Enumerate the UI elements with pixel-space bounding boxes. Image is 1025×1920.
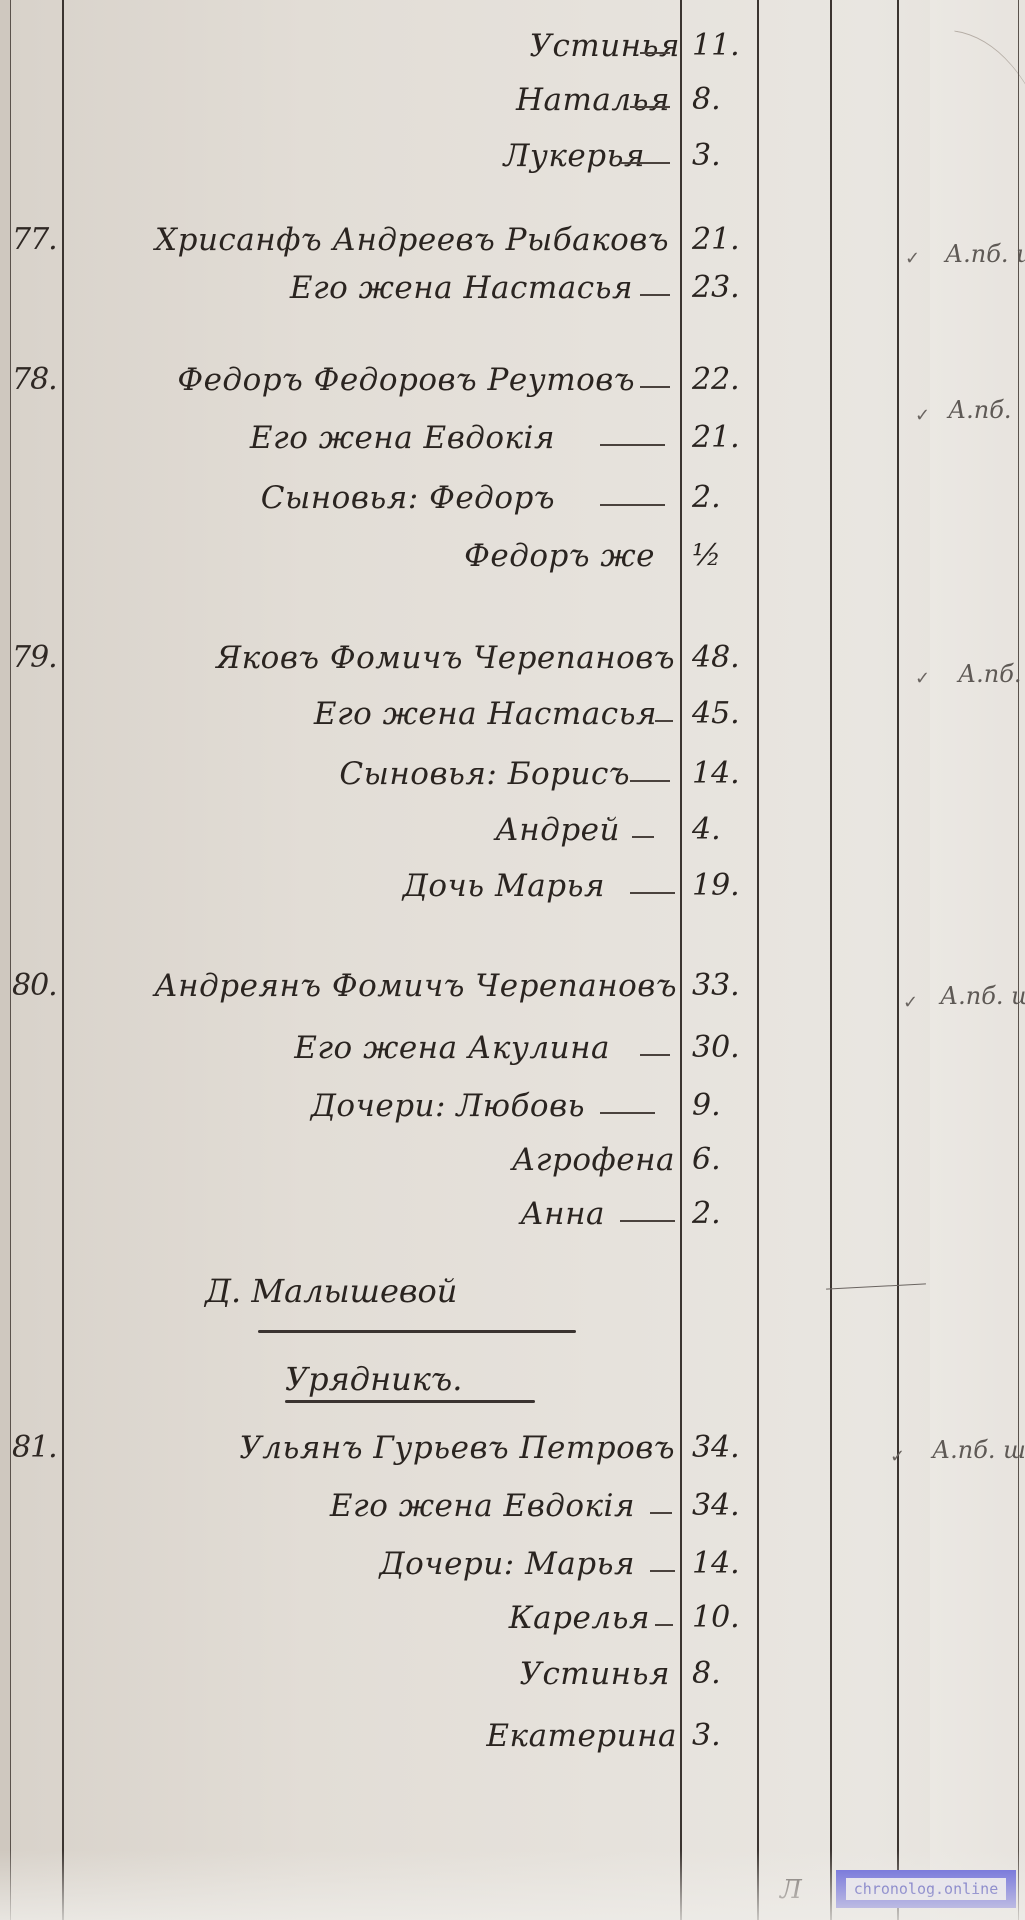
- entry-row: Его жена Акулина 30.: [0, 1030, 1025, 1074]
- person-name: Лукерья: [504, 138, 645, 174]
- person-age: 19.: [692, 868, 740, 903]
- person-age: 45.: [692, 696, 740, 731]
- margin-annotation: А.пб. ш: [932, 1436, 1025, 1464]
- person-age: 34.: [692, 1430, 740, 1465]
- entry-row: 78. Федоръ Федоровъ Реутовъ 22.: [0, 362, 1025, 406]
- person-name: Сыновья: Федоръ: [261, 480, 555, 516]
- person-name: Дочери: Любовь: [311, 1088, 585, 1124]
- entry-row: Его жена Настасья 45.: [0, 696, 1025, 740]
- person-name: Агрофена: [512, 1142, 675, 1178]
- person-name: Анна: [520, 1196, 605, 1232]
- entry-row: 79. Яковъ Фомичъ Черепановъ 48.: [0, 640, 1025, 684]
- entry-row: Его жена Настасья 23.: [0, 270, 1025, 314]
- entry-number: 80.: [12, 968, 57, 1003]
- page-corner-mark: Л: [780, 1875, 802, 1905]
- margin-annotation: А.пб. ш: [940, 982, 1025, 1010]
- entry-number: 78.: [12, 362, 57, 397]
- checkmark-icon: ✓: [903, 992, 918, 1013]
- person-name: Андреянъ Фомичъ Черепановъ: [154, 968, 677, 1004]
- person-age: 4.: [692, 812, 721, 847]
- category-heading: Урядникъ.: [285, 1360, 462, 1398]
- person-name: Устинья: [530, 28, 680, 64]
- person-age: 2.: [692, 480, 721, 515]
- entry-row: Андрей 4.: [0, 812, 1025, 856]
- person-name: Наталья: [516, 82, 670, 118]
- person-age: 30.: [692, 1030, 740, 1065]
- heading-underline: [285, 1400, 535, 1403]
- person-age: 8.: [692, 82, 721, 117]
- person-age: 14.: [692, 756, 740, 791]
- person-age: 48.: [692, 640, 740, 675]
- margin-annotation: А.пб.: [948, 396, 1012, 424]
- entry-row: Устинья 8.: [0, 1656, 1025, 1700]
- person-name: Дочь Марья: [403, 868, 605, 904]
- heading-underline: [258, 1330, 576, 1333]
- person-age: 34.: [692, 1488, 740, 1523]
- entry-row: Его жена Евдокія 21.: [0, 420, 1025, 464]
- person-age: 21.: [692, 420, 740, 455]
- entry-row: Наталья 8.: [0, 82, 1025, 126]
- person-name: Сыновья: Борисъ: [339, 756, 630, 792]
- person-name: Его жена Евдокія: [250, 420, 555, 456]
- person-age: 6.: [692, 1142, 721, 1177]
- person-name: Хрисанфъ Андреевъ Рыбаковъ: [155, 222, 669, 258]
- checkmark-icon: ✓: [915, 405, 930, 426]
- entry-row: Екатерина 3.: [0, 1718, 1025, 1762]
- person-name: Его жена Евдокія: [330, 1488, 635, 1524]
- person-age: ½: [692, 538, 721, 573]
- village-heading: Д. Малышевой: [205, 1272, 457, 1310]
- entry-row: Дочери: Марья 14.: [0, 1546, 1025, 1590]
- person-age: 10.: [692, 1600, 740, 1635]
- entry-row: Федоръ же ½: [0, 538, 1025, 582]
- person-age: 2.: [692, 1196, 721, 1231]
- person-name: Федоръ же: [464, 538, 655, 574]
- entry-row: Его жена Евдокія 34.: [0, 1488, 1025, 1532]
- person-age: 21.: [692, 222, 740, 257]
- person-name: Яковъ Фомичъ Черепановъ: [216, 640, 675, 676]
- pencil-stroke: [826, 1283, 926, 1289]
- entry-row: Устинья 11.: [0, 28, 1025, 72]
- checkmark-icon: ✓: [905, 248, 920, 269]
- entry-number: 79.: [12, 640, 57, 675]
- watermark-text: chronolog.online: [846, 1878, 1007, 1900]
- person-age: 33.: [692, 968, 740, 1003]
- person-name: Федоръ Федоровъ Реутовъ: [177, 362, 635, 398]
- watermark-badge: chronolog.online: [836, 1870, 1016, 1908]
- entry-row: 77. Хрисанфъ Андреевъ Рыбаковъ 21.: [0, 222, 1025, 266]
- person-age: 14.: [692, 1546, 740, 1581]
- person-age: 23.: [692, 270, 740, 305]
- person-name: Его жена Акулина: [294, 1030, 610, 1066]
- entry-row: Карелья 10.: [0, 1600, 1025, 1644]
- entry-number: 81.: [12, 1430, 57, 1465]
- person-age: 11.: [692, 28, 740, 63]
- entry-row: Сыновья: Борисъ 14.: [0, 756, 1025, 800]
- person-name: Дочери: Марья: [379, 1546, 635, 1582]
- entry-row: Лукерья 3.: [0, 138, 1025, 182]
- person-age: 8.: [692, 1656, 721, 1691]
- person-name: Ульянъ Гурьевъ Петровъ: [239, 1430, 675, 1466]
- entry-row: Дочь Марья 19.: [0, 868, 1025, 912]
- entry-row: Сыновья: Федоръ 2.: [0, 480, 1025, 524]
- margin-annotation: А.пб.: [958, 660, 1022, 688]
- person-name: Екатерина: [486, 1718, 677, 1754]
- checkmark-icon: ✓: [890, 1446, 905, 1467]
- person-age: 9.: [692, 1088, 721, 1123]
- entry-row: 80. Андреянъ Фомичъ Черепановъ 33.: [0, 968, 1025, 1012]
- person-name: Карелья: [509, 1600, 650, 1636]
- person-age: 22.: [692, 362, 740, 397]
- person-name: Устинья: [520, 1656, 670, 1692]
- entry-row: Анна 2.: [0, 1196, 1025, 1240]
- entry-row: 81. Ульянъ Гурьевъ Петровъ 34.: [0, 1430, 1025, 1474]
- person-name: Его жена Настасья: [290, 270, 633, 306]
- entry-number: 77.: [12, 222, 57, 257]
- entry-row: Агрофена 6.: [0, 1142, 1025, 1186]
- person-age: 3.: [692, 1718, 721, 1753]
- person-name: Его жена Настасья: [314, 696, 657, 732]
- person-age: 3.: [692, 138, 721, 173]
- checkmark-icon: ✓: [915, 668, 930, 689]
- entry-row: Дочери: Любовь 9.: [0, 1088, 1025, 1132]
- person-name: Андрей: [495, 812, 620, 848]
- register-page: Устинья 11. Наталья 8. Лукерья 3. 77. Хр…: [0, 0, 1025, 1920]
- margin-annotation: А.пб. ш: [945, 240, 1025, 268]
